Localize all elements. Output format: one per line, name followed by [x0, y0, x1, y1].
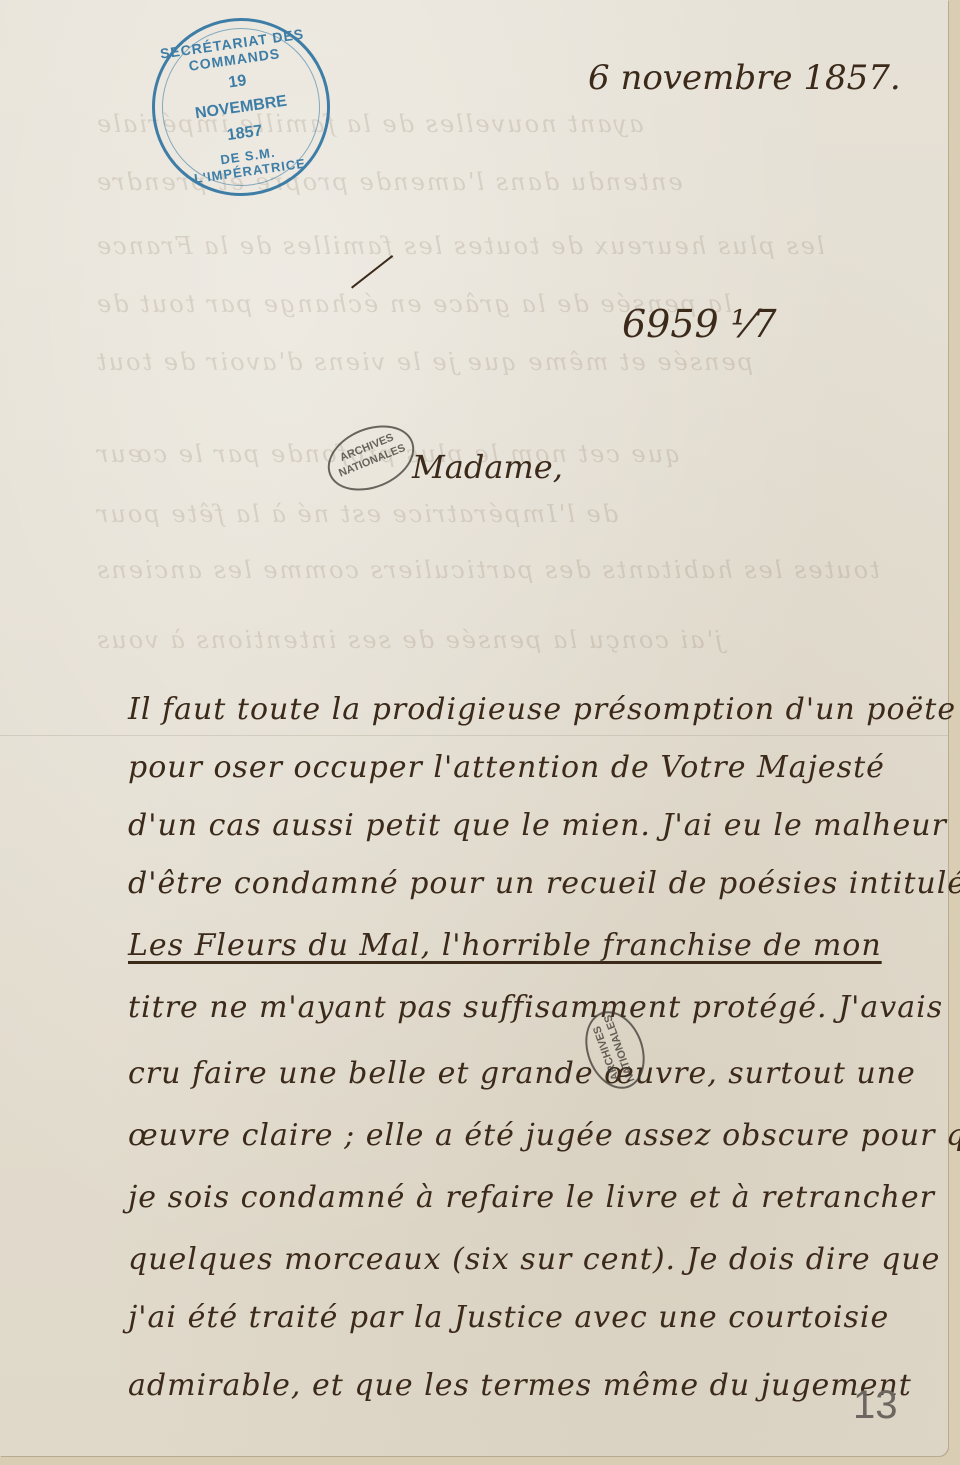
body-line: j'ai été traité par la Justice avec une … [128, 1300, 889, 1335]
salutation: Madame, [412, 448, 563, 486]
bleed-through-text: pensée et même que je le viens d'avoir d… [95, 348, 753, 376]
body-line: quelques morceaux (six sur cent). Je doi… [128, 1242, 940, 1277]
bleed-through-text: j'ai conçu la pensée de ses intentions à… [95, 626, 723, 654]
body-line: titre ne m'ayant pas suffisamment protég… [128, 990, 943, 1025]
body-line: d'un cas aussi petit que le mien. J'ai e… [128, 808, 947, 843]
bleed-through-text: toutes les habitants des particuliers co… [95, 556, 880, 584]
body-line: pour oser occuper l'attention de Votre M… [128, 750, 885, 785]
body-line-book-title: Les Fleurs du Mal, l'horrible franchise … [128, 928, 882, 963]
fold-line [0, 735, 948, 736]
pen-stroke [351, 255, 393, 289]
bleed-through-text: de l'Impératrice est né à la fête pour [95, 500, 618, 528]
body-line: admirable, et que les termes même du jug… [128, 1368, 912, 1403]
archives-nationales-stamp: ARCHIVES NATIONALES [318, 413, 424, 502]
body-line: je sois condamné à refaire le livre et à… [128, 1180, 935, 1215]
letter-page: ayant nouvelles de la famille impériale … [0, 0, 948, 1456]
folio-number: 13 [853, 1383, 898, 1428]
body-line: œuvre claire ; elle a été jugée assez ob… [128, 1118, 960, 1153]
body-line: Il faut toute la prodigieuse présomption… [128, 692, 956, 727]
date-line: 6 novembre 1857. [588, 58, 901, 98]
bleed-through-text: les plus heureux de toutes les familles … [95, 232, 825, 260]
reference-number: 6959 ⅟7 [622, 302, 777, 346]
body-line: d'être condamné pour un recueil de poési… [128, 866, 960, 901]
body-line: cru faire une belle et grande œuvre, sur… [128, 1056, 916, 1091]
